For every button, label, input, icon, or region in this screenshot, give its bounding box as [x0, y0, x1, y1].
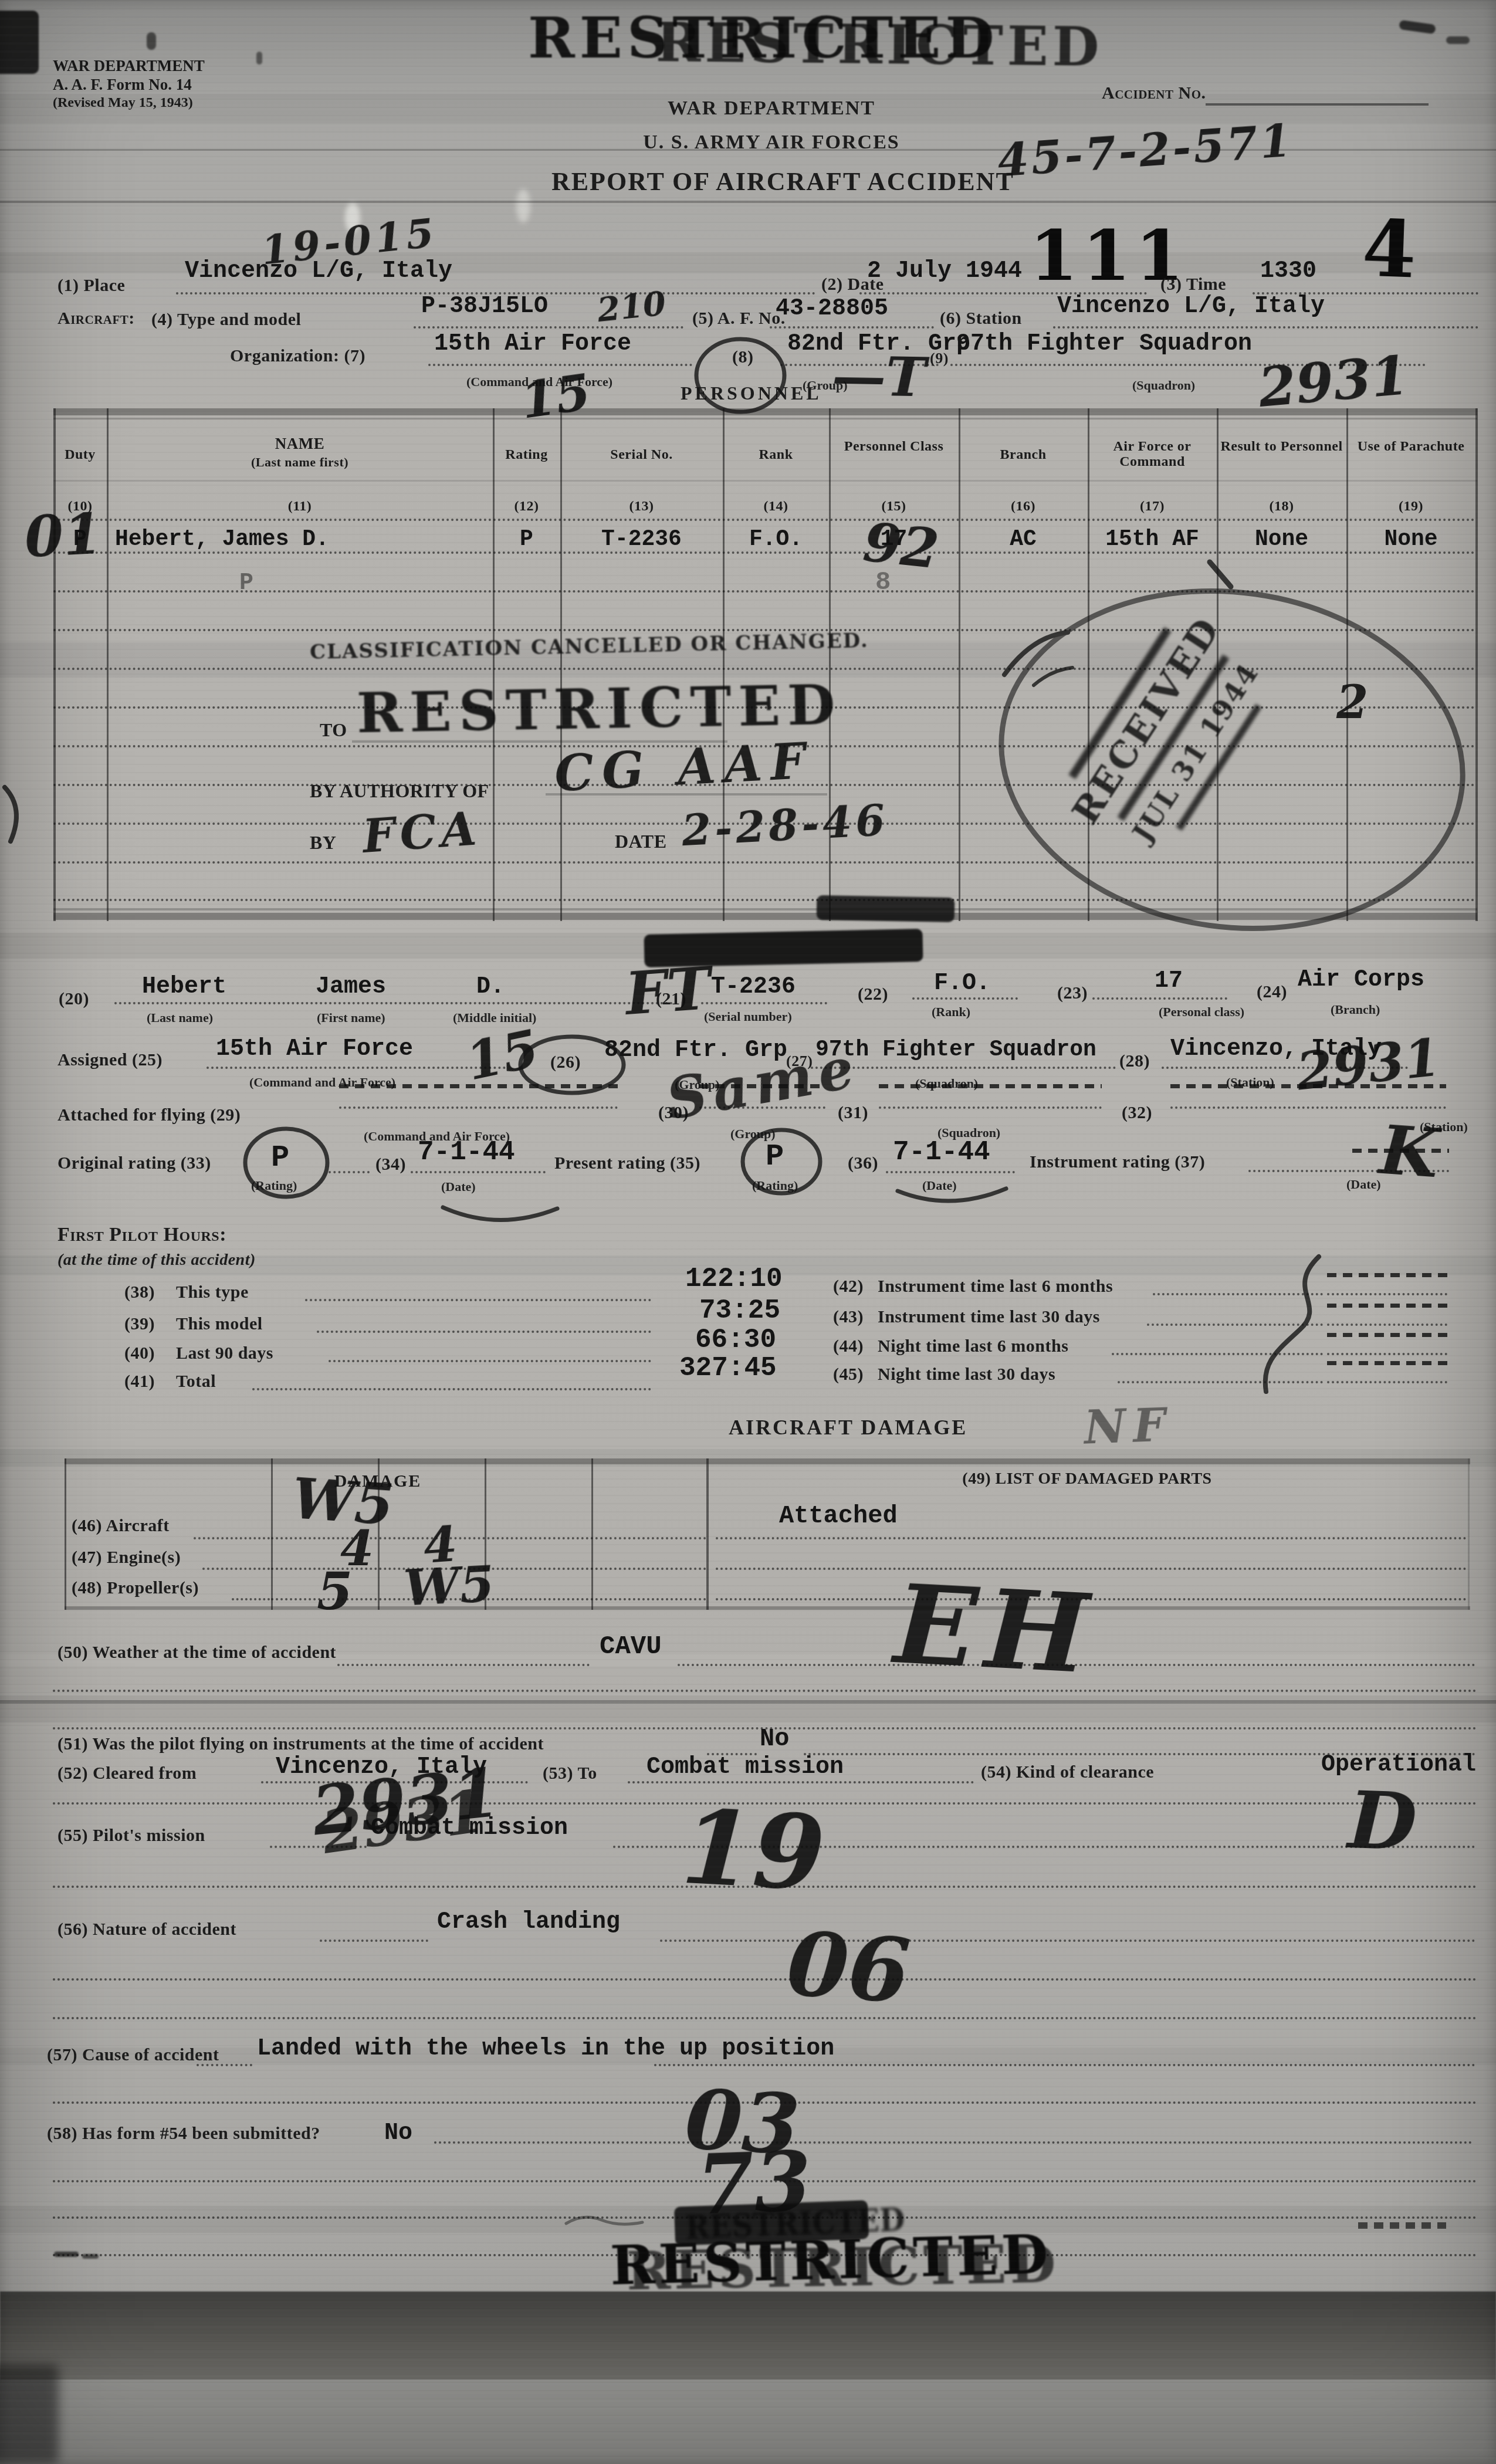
stamp-4: 4	[1360, 203, 1417, 296]
col-num: (14)	[723, 499, 829, 514]
col-num: (19)	[1346, 499, 1475, 514]
dotted-line	[232, 1598, 270, 1600]
nature-of-accident-value: Crash landing	[437, 1909, 620, 1935]
dotted-line	[660, 1940, 1475, 1942]
af-no-value: 43-28805	[776, 296, 888, 322]
field44-label: Night time last 6 months	[878, 1336, 1068, 1356]
war-department-heading: WAR DEPARTMENT	[634, 97, 909, 120]
dash-fill	[1327, 1333, 1447, 1337]
scan-bottom-band	[0, 2380, 1496, 2464]
form54-question-label: (58) Has form #54 been submitted?	[47, 2124, 320, 2144]
handwritten-damage-5: 5	[317, 1561, 353, 1622]
col-header-duty: Duty	[53, 447, 107, 462]
damaged-parts-value: Attached	[779, 1502, 898, 1530]
field41-num: (41)	[124, 1372, 155, 1392]
squadron-value: 97th Fighter Squadron	[956, 331, 1252, 357]
table-vline	[1475, 408, 1478, 921]
dotted-line	[628, 1781, 974, 1783]
time-label: (3) Time	[1160, 275, 1226, 295]
footer-print-code	[1358, 2222, 1446, 2229]
serial-value: T-2236	[711, 974, 796, 1000]
col-header-rating: Rating	[493, 447, 560, 462]
dotted-line	[654, 2064, 1475, 2066]
handwritten-fca: FCA	[361, 802, 483, 864]
col-header-airforce-command: Air Force or Command	[1088, 439, 1217, 470]
instruments-question-label: (51) Was the pilot flying on instruments…	[57, 1734, 544, 1754]
dotted-line	[1327, 1324, 1447, 1326]
dotted-line	[53, 519, 1475, 521]
section-rule	[0, 1700, 1496, 1704]
dotted-line	[197, 2064, 252, 2066]
dotted-line	[53, 551, 1475, 554]
dotted-line	[716, 1568, 1467, 1570]
dotted-line	[194, 1537, 270, 1539]
place-value: Vincenzo L/G, Italy	[185, 258, 452, 285]
dotted-line	[305, 1299, 651, 1301]
weather-value: CAVU	[600, 1632, 662, 1661]
col-header-personnel-class: Personnel Class	[829, 439, 959, 454]
field42-label: Instrument time last 6 months	[878, 1277, 1113, 1297]
damage-row-aircraft: (46) Aircraft	[72, 1516, 170, 1536]
horizontal-rule	[0, 149, 1496, 151]
horizontal-rule	[0, 201, 1496, 203]
handwritten-d: D	[1346, 1773, 1419, 1869]
dotted-line	[114, 1002, 678, 1004]
dotted-line	[53, 1690, 1477, 1692]
place-label: (1) Place	[57, 276, 125, 296]
dotted-line	[337, 1664, 590, 1666]
dotted-line	[317, 1331, 651, 1333]
personal-class-value: 17	[1155, 968, 1183, 994]
dotted-line	[53, 2017, 1477, 2019]
dotted-line	[428, 364, 692, 366]
scan-artifact	[147, 32, 156, 50]
damage-vline	[65, 1458, 66, 1610]
field37-caption: (Date)	[1346, 1177, 1381, 1192]
damage-row-engines: (47) Engine(s)	[72, 1548, 181, 1568]
table-row-rank: F.O.	[723, 527, 829, 552]
field31-label: (31)	[838, 1103, 868, 1123]
handwritten-ft: FT	[623, 953, 713, 1028]
form-id-line: WAR DEPARTMENT	[53, 56, 205, 75]
field36-label: (36)	[848, 1153, 878, 1173]
field41-value: 327:45	[679, 1353, 777, 1383]
clearance-kind-label: (54) Kind of clearance	[981, 1762, 1154, 1782]
table-rule	[53, 480, 1477, 482]
table-row-rating: P	[493, 527, 560, 552]
dotted-line	[1327, 1293, 1447, 1295]
dotted-line	[770, 326, 934, 329]
present-rating-value: P	[766, 1139, 784, 1174]
attached-label: Attached for flying (29)	[57, 1105, 241, 1125]
handwritten-210: 210	[595, 284, 668, 330]
dotted-line	[1053, 326, 1478, 329]
table-vline	[959, 408, 960, 921]
damage-vline	[591, 1458, 593, 1610]
original-rating-caption: (Rating)	[251, 1178, 297, 1193]
pilots-mission-label: (55) Pilot's mission	[57, 1826, 205, 1846]
form-id-block: WAR DEPARTMENT A. A. F. Form No. 14 (Rev…	[53, 56, 205, 111]
field34-caption: (Date)	[441, 1179, 476, 1194]
field41-label: Total	[176, 1372, 216, 1392]
report-title: REPORT OF AIRCRAFT ACCIDENT	[551, 167, 997, 197]
to-field-label: (53) To	[543, 1764, 597, 1783]
af-no-label: (5) A. F. No.	[692, 309, 786, 329]
field45-num: (45)	[833, 1365, 864, 1385]
organization-label: Organization: (7)	[230, 346, 365, 366]
field23-label: (23)	[1057, 983, 1088, 1003]
handwritten-01: 01	[23, 502, 104, 571]
field38-num: (38)	[124, 1282, 155, 1302]
dotted-line	[1112, 1353, 1323, 1355]
type-model-label: (4) Type and model	[151, 310, 301, 330]
pilot-hours-subtitle: (at the time of this accident)	[57, 1251, 256, 1270]
damage-row-propellers: (48) Propeller(s)	[72, 1578, 199, 1598]
dotted-line	[886, 1171, 1015, 1173]
field40-value: 66:30	[695, 1325, 776, 1355]
dotted-line	[53, 1886, 1477, 1888]
present-rating-date: 7-1-44	[893, 1137, 990, 1167]
dotted-line	[207, 1067, 506, 1069]
table-vline	[107, 408, 109, 921]
field43-num: (43)	[833, 1307, 864, 1327]
col-num: (12)	[493, 499, 560, 514]
col-header-result: Result to Personnel	[1217, 439, 1346, 454]
col-num: (18)	[1217, 499, 1346, 514]
dotted-line	[678, 1664, 1475, 1666]
personnel-heading: PERSONNEL	[681, 383, 822, 404]
dash-fill	[1327, 1273, 1447, 1277]
field28-label: (28)	[1119, 1051, 1150, 1071]
nature-of-accident-label: (56) Nature of accident	[57, 1920, 236, 1940]
dotted-line	[701, 1002, 827, 1004]
accident-no-label: Accident No.	[1102, 83, 1206, 103]
damage-table-bottom	[65, 1606, 1470, 1610]
instruments-question-value: No	[760, 1725, 789, 1753]
dotted-line	[1327, 1381, 1447, 1383]
accident-no-line	[1206, 103, 1429, 106]
first-name-caption: (First name)	[317, 1010, 385, 1025]
table-row-serial: T-2236	[560, 527, 723, 552]
squadron-caption: (Squadron)	[1132, 378, 1195, 393]
handwritten-06: 06	[784, 1912, 913, 2023]
col-num: (15)	[829, 499, 959, 514]
dotted-line	[329, 1171, 370, 1173]
table-row-command: 15th AF	[1088, 527, 1217, 552]
last-name-caption: (Last name)	[147, 1010, 213, 1025]
original-rating-label: Original rating (33)	[57, 1153, 211, 1173]
branch-value: Air Corps	[1298, 967, 1424, 993]
assigned-squadron-caption: (Squadron)	[915, 1076, 978, 1091]
dash-fill	[1327, 1304, 1447, 1308]
to-label: TO	[320, 719, 347, 741]
dotted-line	[329, 1360, 651, 1362]
dash-fill	[1327, 1361, 1447, 1365]
received-stamp: RECEIVED JUL 31 1944	[1021, 564, 1409, 964]
field40-num: (40)	[124, 1343, 155, 1363]
form54-question-value: No	[384, 2120, 412, 2147]
col-header-name: NAME	[107, 435, 493, 453]
table-row-branch: AC	[959, 527, 1088, 552]
aircraft-label: Aircraft:	[57, 309, 135, 329]
dotted-line	[1147, 1324, 1323, 1326]
footer-left-mark	[54, 2252, 79, 2257]
table-vline	[53, 408, 56, 921]
scan-artifact-white	[516, 189, 530, 223]
restricted-stamp-top-doublestrike: RESTRICTED	[655, 11, 1104, 79]
field20-label: (20)	[59, 989, 89, 1009]
col-header-rank: Rank	[723, 447, 829, 462]
footer-left-mark	[82, 2254, 99, 2259]
handwritten-15-assigned: 15	[461, 1017, 544, 1092]
table-vline	[1346, 408, 1348, 921]
assigned-squadron-value: 97th Fighter Squadron	[815, 1037, 1096, 1062]
dash-fill	[879, 1084, 1102, 1088]
fill-line	[546, 793, 827, 796]
handwritten-15: 15	[517, 363, 594, 430]
dotted-line	[53, 590, 1475, 593]
field32-label: (32)	[1122, 1103, 1152, 1123]
col-num: (16)	[959, 499, 1088, 514]
col-header-name-sub: (Last name first)	[107, 455, 493, 469]
group-number-label: (8)	[732, 347, 753, 367]
field44-num: (44)	[833, 1336, 864, 1356]
type-model-value: P-38J15LO	[421, 293, 548, 320]
table-top-rule	[53, 408, 1477, 415]
command-value: 15th Air Force	[434, 331, 631, 357]
weather-label: (50) Weather at the time of accident	[57, 1643, 336, 1663]
cause-of-accident-label: (57) Cause of accident	[47, 2045, 219, 2065]
by-authority-label: BY AUTHORITY OF	[310, 780, 489, 802]
field39-value: 73:25	[699, 1295, 780, 1326]
handwritten-nf: NF	[1083, 1398, 1173, 1454]
field39-num: (39)	[124, 1314, 155, 1334]
table-vline	[560, 408, 562, 921]
table-rule	[53, 418, 1477, 419]
table-row-parachute: None	[1346, 527, 1475, 552]
classification-cancelled-stamp: CLASSIFICATION CANCELLED OR CHANGED.	[310, 629, 869, 664]
first-name-value: James	[316, 974, 386, 1000]
dotted-line	[1118, 1381, 1323, 1383]
dotted-line	[202, 1568, 270, 1570]
scan-artifact	[256, 52, 262, 65]
dotted-line	[53, 1978, 1477, 1981]
scan-artifact	[0, 11, 39, 74]
field40-label: Last 90 days	[176, 1343, 273, 1363]
table-row-name: Hebert, James D.	[115, 527, 329, 552]
handwritten-92: 92	[861, 510, 942, 581]
dotted-line	[53, 2180, 1477, 2182]
branch-caption: (Branch)	[1331, 1002, 1380, 1017]
damaged-parts-header: (49) LIST OF DAMAGED PARTS	[706, 1470, 1468, 1488]
field39-label: This model	[176, 1314, 263, 1334]
stamp-left-scrawl2	[1034, 668, 1072, 685]
rank-caption: (Rank)	[932, 1004, 970, 1020]
scan-dark-band	[0, 2292, 1496, 2381]
dotted-line	[414, 326, 683, 329]
instrument-rating-label: Instrument rating (37)	[1030, 1152, 1205, 1172]
faint-typed-p: P	[239, 570, 253, 597]
dotted-line	[1248, 1170, 1351, 1172]
field24-label: (24)	[1257, 982, 1287, 1002]
dotted-line	[716, 1537, 1467, 1539]
field42-num: (42)	[833, 1277, 864, 1297]
present-rating-label: Present rating (35)	[554, 1153, 700, 1173]
dotted-line	[434, 2141, 1473, 2144]
col-num: (11)	[107, 499, 493, 514]
field38-label: This type	[176, 1282, 249, 1302]
field34-label: (34)	[375, 1155, 406, 1175]
handwritten-k: K	[1377, 1111, 1441, 1194]
col-num: (17)	[1088, 499, 1217, 514]
dash-fill	[1170, 1084, 1446, 1088]
rank-value: F.O.	[934, 970, 990, 997]
date-value: 2 July 1944	[867, 258, 1022, 285]
station-value: Vincenzo L/G, Italy	[1057, 293, 1325, 320]
field45-label: Night time last 30 days	[878, 1365, 1055, 1385]
handwritten-damage-w5b: W5	[402, 1555, 496, 1618]
date-stamp-label: DATE	[615, 831, 667, 852]
handwritten-date-2-28-46: 2-28-46	[681, 795, 889, 855]
dotted-line	[1170, 1106, 1446, 1109]
aircraft-damage-title: AIRCRAFT DAMAGE	[729, 1415, 967, 1440]
squiggle-under-date1	[443, 1207, 557, 1220]
original-rating-date: 7-1-44	[418, 1137, 515, 1167]
dotted-line	[879, 1106, 1102, 1109]
damage-table-top	[65, 1458, 1470, 1464]
field26-label: (26)	[550, 1052, 581, 1072]
assigned-command-value: 15th Air Force	[216, 1036, 413, 1062]
scan-artifact	[1446, 36, 1470, 44]
time-value: 1330	[1260, 258, 1316, 285]
field22-label: (22)	[858, 984, 888, 1004]
scan-artifact	[0, 2364, 59, 2464]
scan-artifact	[1399, 20, 1436, 34]
field38-value: 122:10	[685, 1264, 783, 1294]
handwritten-t-mark: —T	[831, 344, 926, 409]
scan-streak	[0, 1695, 1496, 1722]
scanned-accident-report: WAR DEPARTMENT A. A. F. Form No. 14 (Rev…	[0, 0, 1496, 2464]
form-id-line: (Revised May 15, 1943)	[53, 94, 205, 111]
dotted-line	[912, 997, 1018, 1000]
form-id-line: A. A. F. Form No. 14	[53, 75, 205, 94]
field36-caption: (Date)	[922, 1178, 957, 1193]
personal-class-caption: (Personal class)	[1159, 1004, 1244, 1020]
field43-label: Instrument time last 30 days	[878, 1307, 1100, 1327]
middle-initial-value: D.	[476, 974, 505, 1000]
handwritten-2: 2	[1336, 676, 1368, 729]
dotted-line	[320, 1940, 428, 1942]
by-label: BY	[310, 832, 336, 854]
col-header-serial: Serial No.	[560, 447, 723, 462]
cause-of-accident-value: Landed with the wheels in the up positio…	[257, 2036, 834, 2062]
dash-fill	[339, 1084, 618, 1088]
dotted-line	[339, 1106, 618, 1109]
damage-vline	[1468, 1458, 1470, 1610]
dotted-line	[411, 1171, 546, 1173]
original-rating-value: P	[271, 1140, 289, 1175]
obliterated-stamp	[817, 895, 955, 922]
dotted-line	[252, 1388, 651, 1390]
dotted-line	[1327, 1353, 1447, 1355]
to-field-value: Combat mission	[647, 1754, 844, 1781]
col-num: (13)	[560, 499, 723, 514]
cleared-from-label: (52) Cleared from	[57, 1764, 197, 1783]
handwritten-eh: EH	[892, 1560, 1100, 1698]
col-header-branch: Branch	[959, 447, 1088, 462]
dotted-line	[53, 2101, 1477, 2104]
station-label: (6) Station	[940, 309, 1022, 329]
assigned-label: Assigned (25)	[57, 1050, 163, 1070]
col-header-parachute: Use of Parachute	[1346, 439, 1475, 454]
serial-caption: (Serial number)	[704, 1009, 792, 1024]
handwritten-19: 19	[679, 1787, 828, 1914]
dotted-line	[271, 1537, 706, 1539]
pilot-hours-title: First Pilot Hours:	[57, 1224, 226, 1246]
left-margin-scrawl	[5, 787, 16, 841]
present-rating-caption: (Rating)	[752, 1178, 798, 1193]
last-name-value: Hebert	[142, 974, 226, 1000]
dotted-line	[1153, 1293, 1323, 1295]
faint-typed-8: 8	[875, 568, 891, 597]
table-vline	[493, 408, 495, 921]
dotted-line	[1092, 997, 1227, 1000]
table-row-result: None	[1217, 527, 1346, 552]
